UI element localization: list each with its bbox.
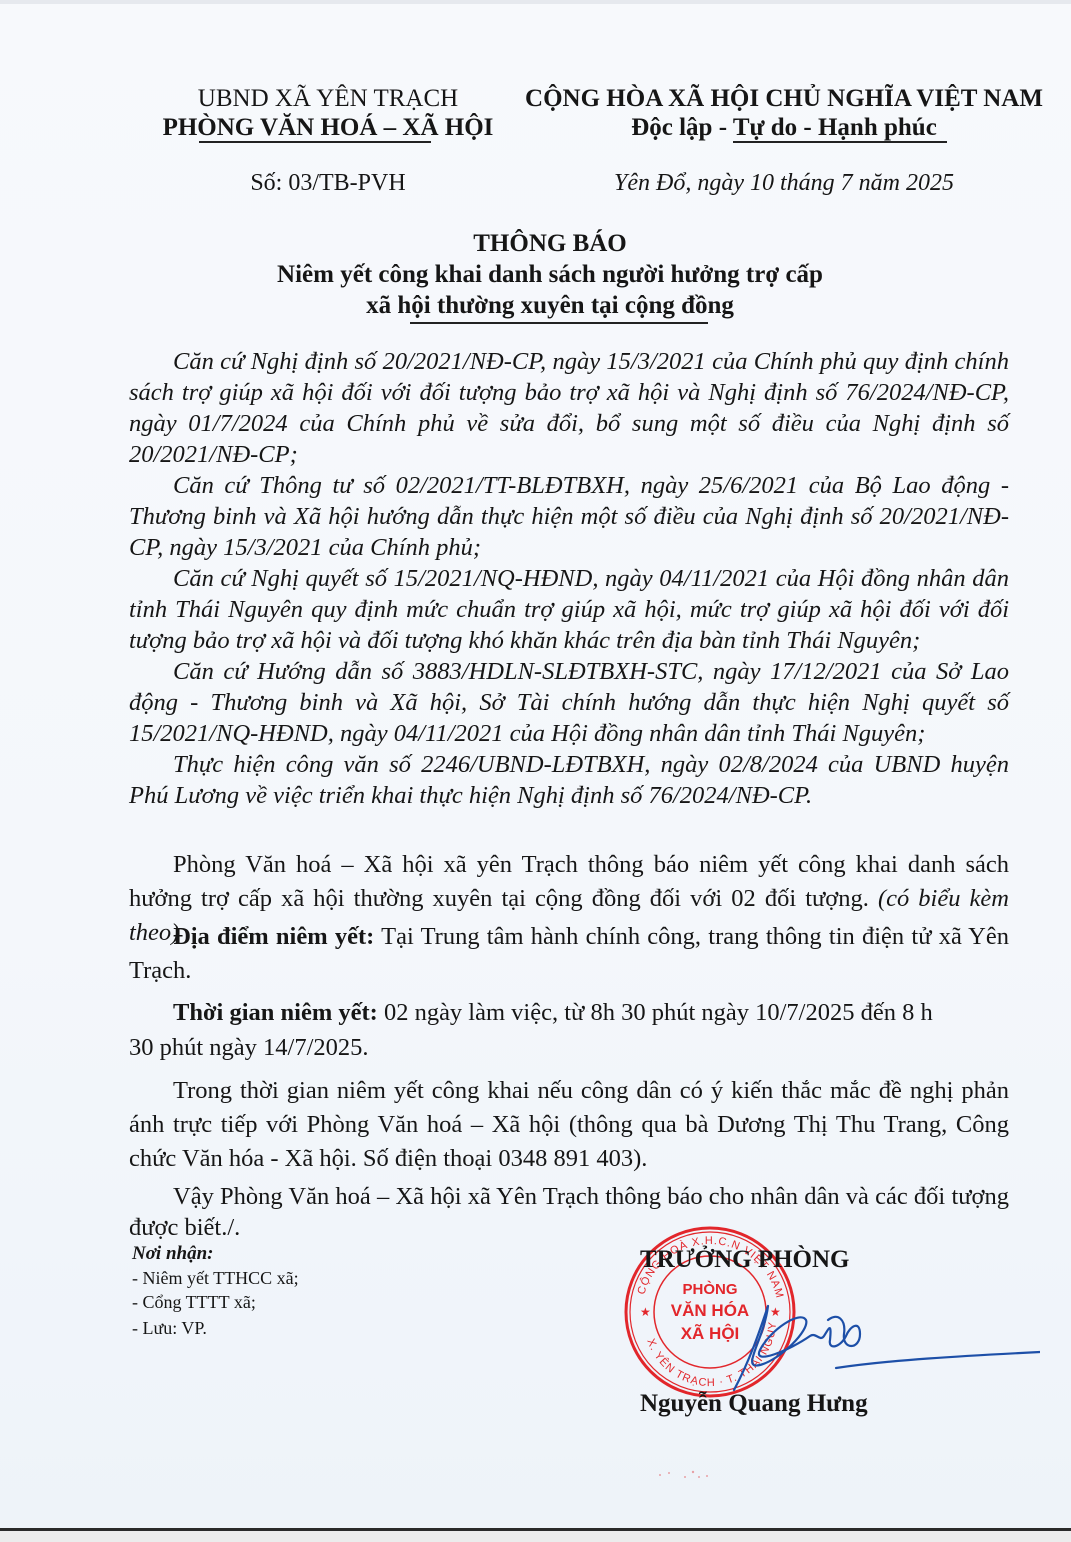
legal-basis-item: Căn cứ Thông tư số 02/2021/TT-BLĐTBXH, n… <box>129 470 1009 563</box>
location-label: Địa điểm niêm yết: <box>173 923 374 950</box>
document-type: THÔNG BÁO <box>230 228 870 259</box>
national-header: CỘNG HÒA XÃ HỘI CHỦ NGHĨA VIỆT NAM Độc l… <box>524 84 1044 142</box>
time-value-line-1: 02 ngày làm việc, từ 8h 30 phút ngày 10/… <box>384 999 933 1026</box>
place-date: Yên Đổ, ngày 10 tháng 7 năm 2025 <box>524 170 1044 197</box>
legal-basis-item: Căn cứ Nghị định số 20/2021/NĐ-CP, ngày … <box>129 346 1009 470</box>
legal-basis-item: Thực hiện công văn số 2246/UBND-LĐTBXH, … <box>129 749 1009 811</box>
time-label: Thời gian niêm yết: <box>173 999 378 1026</box>
recipients-heading: Nơi nhận: <box>132 1242 299 1266</box>
location-paragraph: Địa điểm niêm yết: Tại Trung tâm hành ch… <box>129 920 1009 988</box>
svg-text:★: ★ <box>640 1305 651 1319</box>
document-title: THÔNG BÁO Niêm yết công khai danh sách n… <box>230 228 870 321</box>
closing-text: Vậy Phòng Văn hoá – Xã hội xã Yên Trạch … <box>129 1181 1009 1243</box>
legal-basis-item: Căn cứ Nghị quyết số 15/2021/NQ-HĐND, ng… <box>129 563 1009 656</box>
time-paragraph: Thời gian niêm yết: 02 ngày làm việc, từ… <box>129 996 1009 1030</box>
closing-paragraph: Vậy Phòng Văn hoá – Xã hội xã Yên Trạch … <box>129 1181 1009 1243</box>
motto-underline <box>733 141 947 143</box>
department-name: PHÒNG VĂN HOÁ – XÃ HỘI <box>128 113 528 142</box>
title-underline <box>410 322 708 324</box>
signer-title: TRƯỞNG PHÒNG <box>640 1246 850 1274</box>
department-underline <box>199 141 431 143</box>
recipient-item: - Cổng TTTT xã; <box>132 1290 299 1314</box>
stamp-bleed-marks <box>655 1465 755 1485</box>
recipient-item: - Lưu: VP. <box>132 1316 299 1340</box>
recipients-block: Nơi nhận: - Niêm yết TTHCC xã; - Cổng TT… <box>132 1242 299 1340</box>
issuing-authority: UBND XÃ YÊN TRẠCH PHÒNG VĂN HOÁ – XÃ HỘI <box>128 84 528 142</box>
title-line-2: xã hội thường xuyên tại cộng đồng <box>230 290 870 321</box>
national-title: CỘNG HÒA XÃ HỘI CHỦ NGHĨA VIỆT NAM <box>524 84 1044 113</box>
feedback-paragraph: Trong thời gian niêm yết công khai nếu c… <box>129 1074 1009 1176</box>
document-page: UBND XÃ YÊN TRẠCH PHÒNG VĂN HOÁ – XÃ HỘI… <box>0 0 1071 1530</box>
agency-name: UBND XÃ YÊN TRẠCH <box>128 84 528 113</box>
time-value-line-2: 30 phút ngày 14/7/2025. <box>129 1034 369 1062</box>
document-number: Số: 03/TB-PVH <box>128 170 528 197</box>
background-area <box>0 1531 1071 1542</box>
handwritten-signature-icon <box>720 1290 1040 1400</box>
legal-basis-item: Căn cứ Hướng dẫn số 3883/HDLN-SLĐTBXH-ST… <box>129 656 1009 749</box>
signer-name: Nguyễn Quang Hưng <box>640 1390 868 1418</box>
motto: Độc lập - Tự do - Hạnh phúc <box>524 113 1044 142</box>
feedback-text: Trong thời gian niêm yết công khai nếu c… <box>129 1074 1009 1176</box>
page-edge <box>0 0 1071 4</box>
legal-bases: Căn cứ Nghị định số 20/2021/NĐ-CP, ngày … <box>129 346 1009 811</box>
recipient-item: - Niêm yết TTHCC xã; <box>132 1266 299 1290</box>
title-line-1: Niêm yết công khai danh sách người hưởng… <box>230 259 870 290</box>
